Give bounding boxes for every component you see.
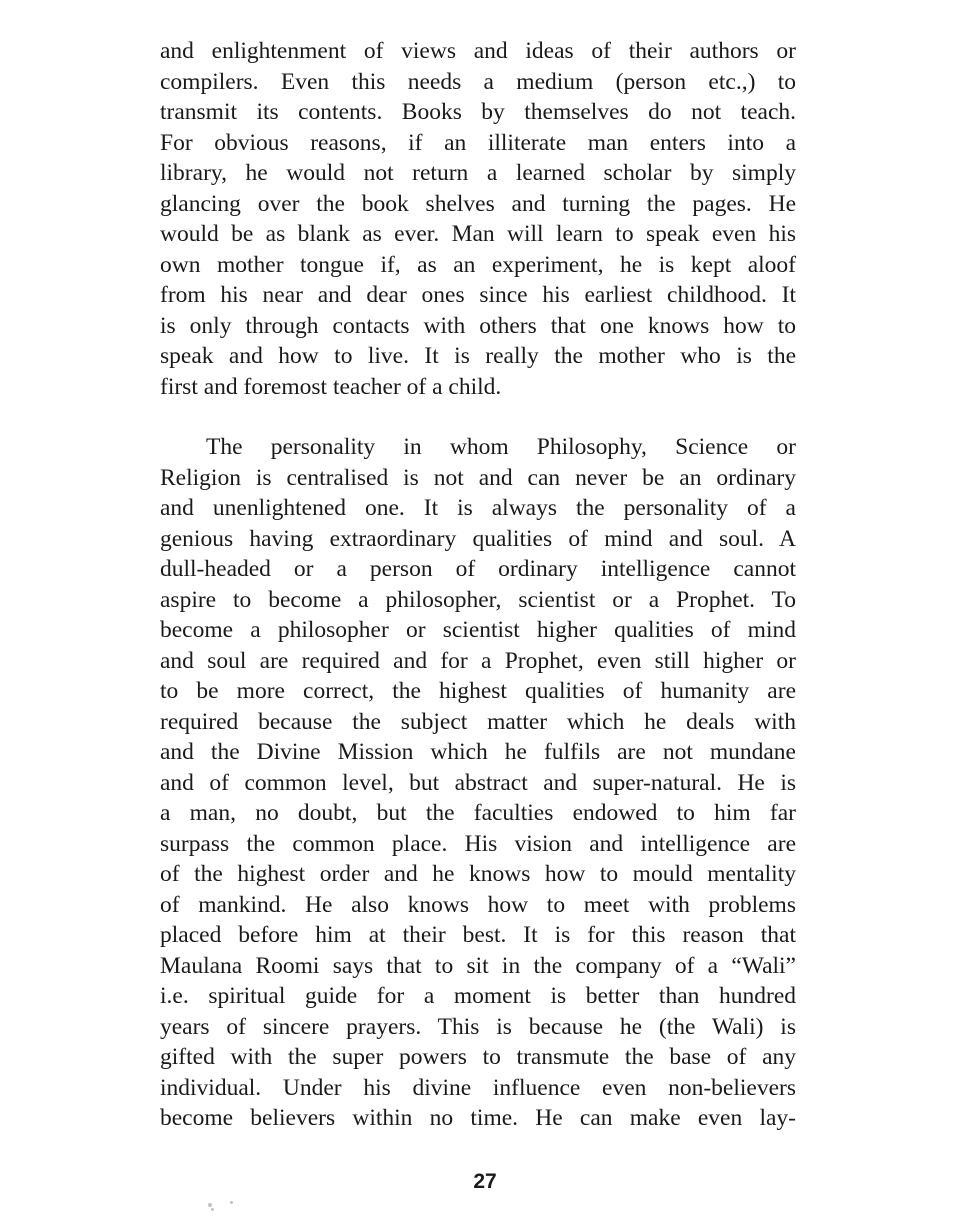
text-line: surpass the common place. His vision and…	[160, 829, 796, 860]
text-line: and enlightenment of views and ideas of …	[160, 36, 796, 67]
paragraph-1: and enlightenment of views and ideas of …	[160, 36, 796, 402]
text-line: individual. Under his divine influence e…	[160, 1073, 796, 1104]
text-line: genious having extraordinary qualities o…	[160, 524, 796, 555]
text-line: dull-headed or a person of ordinary inte…	[160, 554, 796, 585]
scan-speck	[211, 1208, 214, 1211]
text-line: and the Divine Mission which he fulfils …	[160, 737, 796, 768]
text-line: and of common level, but abstract and su…	[160, 768, 796, 799]
text-line: own mother tongue if, as an experiment, …	[160, 250, 796, 281]
text-line: gifted with the super powers to transmut…	[160, 1042, 796, 1073]
text-line: become a philosopher or scientist higher…	[160, 615, 796, 646]
text-line: would be as blank as ever. Man will lear…	[160, 219, 796, 250]
text-line: and soul are required and for a Prophet,…	[160, 646, 796, 677]
text-line: speak and how to live. It is really the …	[160, 341, 796, 372]
text-line: For obvious reasons, if an illiterate ma…	[160, 128, 796, 159]
text-line: compilers. Even this needs a medium (per…	[160, 67, 796, 98]
text-line: The personality in whom Philosophy, Scie…	[160, 432, 796, 463]
scan-speck	[208, 1203, 212, 1207]
text-line: is only through contacts with others tha…	[160, 311, 796, 342]
text-line: library, he would not return a learned s…	[160, 158, 796, 189]
text-line: i.e. spiritual guide for a moment is bet…	[160, 981, 796, 1012]
text-line: transmit its contents. Books by themselv…	[160, 97, 796, 128]
text-line: first and foremost teacher of a child.	[160, 372, 796, 403]
text-line: years of sincere prayers. This is becaus…	[160, 1012, 796, 1043]
text-line: required because the subject matter whic…	[160, 707, 796, 738]
text-line: glancing over the book shelves and turni…	[160, 189, 796, 220]
paragraph-2: The personality in whom Philosophy, Scie…	[160, 432, 796, 1134]
text-line: of mankind. He also knows how to meet wi…	[160, 890, 796, 921]
text-line: from his near and dear ones since his ea…	[160, 280, 796, 311]
scanned-book-page: and enlightenment of views and ideas of …	[0, 0, 960, 1232]
text-line: become believers within no time. He can …	[160, 1103, 796, 1134]
scan-speck	[230, 1201, 233, 1204]
text-line: Religion is centralised is not and can n…	[160, 463, 796, 494]
text-line: aspire to become a philosopher, scientis…	[160, 585, 796, 616]
page-number: 27	[0, 1170, 960, 1194]
text-line: Maulana Roomi says that to sit in the co…	[160, 951, 796, 982]
text-line: of the highest order and he knows how to…	[160, 859, 796, 890]
text-line: to be more correct, the highest qualitie…	[160, 676, 796, 707]
text-line: placed before him at their best. It is f…	[160, 920, 796, 951]
text-line: and unenlightened one. It is always the …	[160, 493, 796, 524]
text-line: a man, no doubt, but the faculties endow…	[160, 798, 796, 829]
